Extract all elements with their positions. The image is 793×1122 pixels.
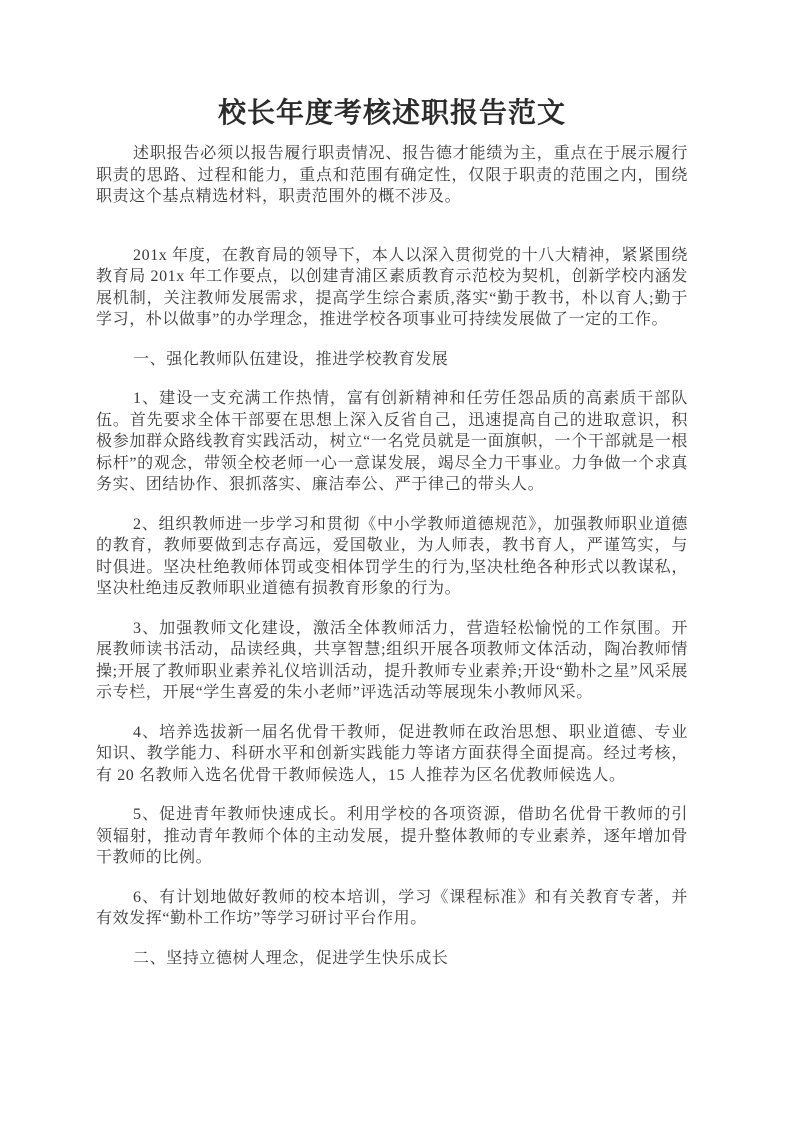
document-page: 校长年度考核述职报告范文 述职报告必须以报告履行职责情况、报告德才能绩为主，重点… [0,0,793,1122]
section-heading-2: 二、坚持立德树人理念，促进学生快乐成长 [96,948,688,970]
paragraph-item-1: 1、建设一支充满工作热情，富有创新精神和任劳任怨品质的高素质干部队伍。首先要求全… [96,388,688,496]
paragraph-item-5: 5、促进青年教师快速成长。利用学校的各项资源，借助名优骨干教师的引领辐射，推动青… [96,804,688,869]
paragraph-item-2: 2、组织教师进一步学习和贯彻《中小学教师道德规范》，加强教师职业道德的教育，教师… [96,514,688,600]
section-heading-1: 一、强化教师队伍建设，推进学校教育发展 [96,349,688,371]
paragraph-item-6: 6、有计划地做好教师的校本培训，学习《课程标准》和有关教育专著，并有效发挥“勤朴… [96,887,688,930]
paragraph-item-4: 4、培养选拔新一届名优骨干教师，促进教师在政治思想、职业道德、专业知识、教学能力… [96,722,688,787]
paragraph-overview: 201x 年度，在教育局的领导下，本人以深入贯彻党的十八大精神，紧紧围绕教育局 … [96,245,688,331]
document-title: 校长年度考核述职报告范文 [96,97,688,131]
paragraph-item-3: 3、加强教师文化建设，激活全体教师活力，营造轻松愉悦的工作氛围。开展教师读书活动… [96,618,688,704]
paragraph-intro: 述职报告必须以报告履行职责情况、报告德才能绩为主，重点在于展示履行职责的思路、过… [96,143,688,208]
